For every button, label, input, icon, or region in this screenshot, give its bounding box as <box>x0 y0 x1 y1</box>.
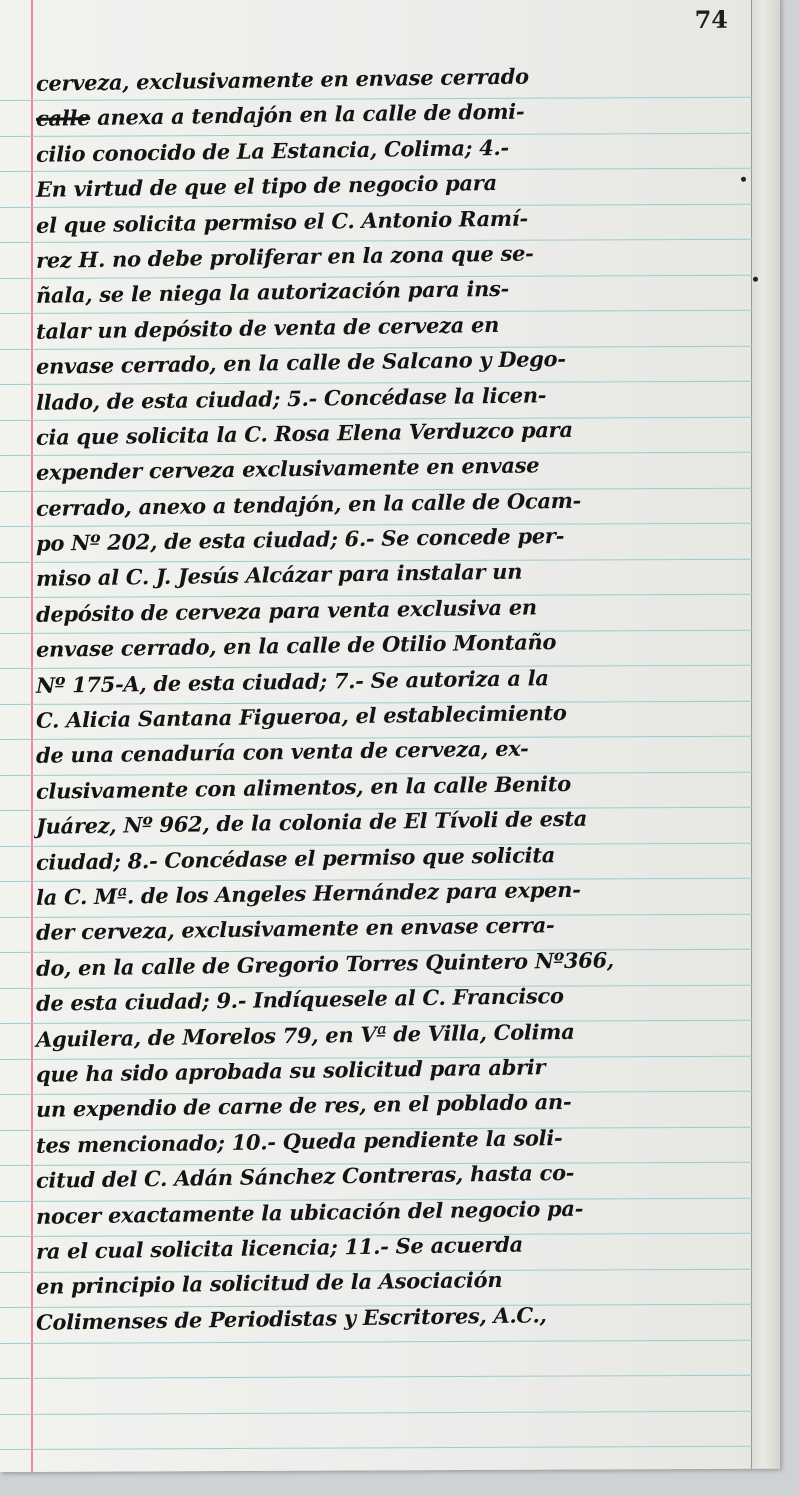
rule-line <box>0 1411 752 1415</box>
margin-line <box>31 0 33 1472</box>
handwritten-text: cerveza, exclusivamente en envase cerrad… <box>34 63 766 1340</box>
rule-line <box>0 1446 752 1450</box>
rule-line <box>0 1340 752 1344</box>
page-number: 74 <box>695 5 728 34</box>
ledger-page: 74 cerveza, exclusivamente en envase cer… <box>0 0 780 1472</box>
struck-word: calle <box>36 105 90 131</box>
rule-line <box>0 1375 752 1379</box>
text-line-rest: anexa a tendajón en la calle de domi- <box>90 99 524 130</box>
